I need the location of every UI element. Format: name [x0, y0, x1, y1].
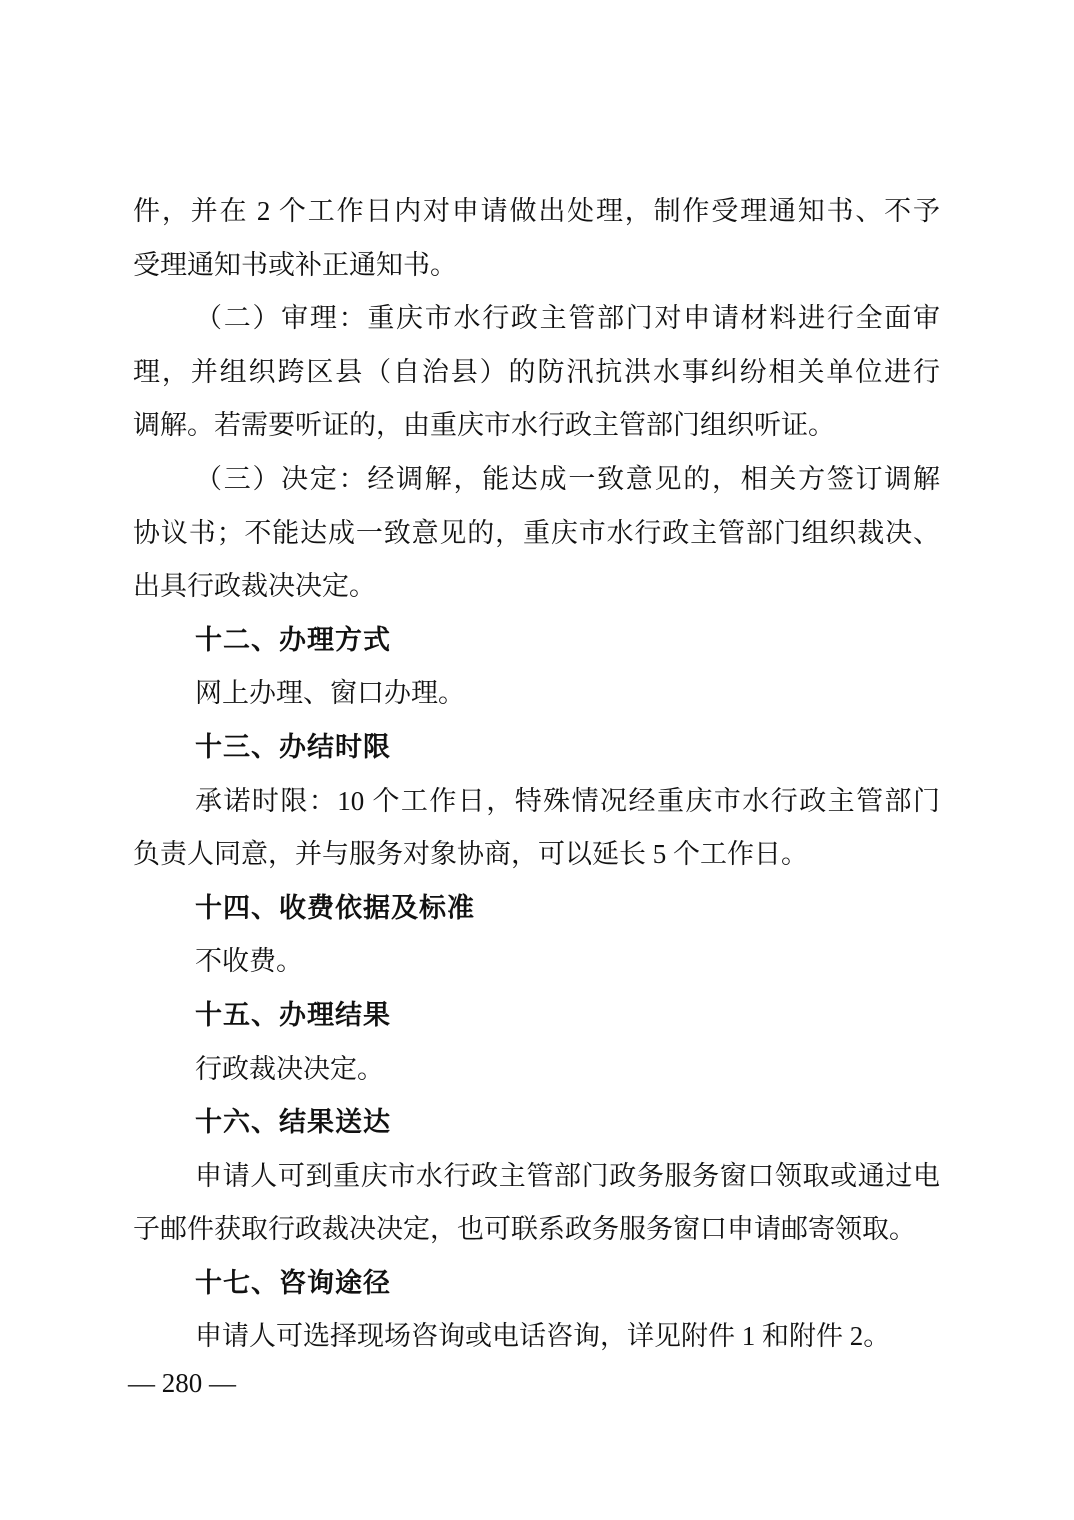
section-heading-14: 十四、收费依据及标准 — [133, 882, 940, 936]
document-text-block: 件，并在 2 个工作日内对申请做出处理，制作受理通知书、不予 受理通知书或补正通… — [133, 185, 940, 1364]
body-line: 出具行政裁决决定。 — [133, 560, 940, 614]
page-number: — 280 — — [128, 1357, 236, 1411]
body-line: 协议书；不能达成一致意见的，重庆市水行政主管部门组织裁决、 — [133, 507, 940, 561]
body-line: 受理通知书或补正通知书。 — [133, 239, 940, 293]
body-line: 承诺时限：10 个工作日，特殊情况经重庆市水行政主管部门 — [133, 775, 940, 829]
section-heading-16: 十六、结果送达 — [133, 1096, 940, 1150]
body-line: 申请人可到重庆市水行政主管部门政务服务窗口领取或通过电 — [133, 1150, 940, 1204]
section-heading-12: 十二、办理方式 — [133, 614, 940, 668]
body-line: 负责人同意，并与服务对象协商，可以延长 5 个工作日。 — [133, 828, 940, 882]
section-heading-13: 十三、办结时限 — [133, 721, 940, 775]
body-line: 子邮件获取行政裁决决定，也可联系政务服务窗口申请邮寄领取。 — [133, 1203, 940, 1257]
document-page: 件，并在 2 个工作日内对申请做出处理，制作受理通知书、不予 受理通知书或补正通… — [0, 0, 1074, 1520]
body-line: 网上办理、窗口办理。 — [133, 667, 940, 721]
body-line: 不收费。 — [133, 935, 940, 989]
body-line: 行政裁决决定。 — [133, 1043, 940, 1097]
body-line: 调解。若需要听证的，由重庆市水行政主管部门组织听证。 — [133, 399, 940, 453]
body-line: （三）决定：经调解，能达成一致意见的，相关方签订调解 — [133, 453, 940, 507]
body-line: （二）审理：重庆市水行政主管部门对申请材料进行全面审 — [133, 292, 940, 346]
section-heading-17: 十七、咨询途径 — [133, 1257, 940, 1311]
body-line: 理，并组织跨区县（自治县）的防汛抗洪水事纠纷相关单位进行 — [133, 346, 940, 400]
body-line: 申请人可选择现场咨询或电话咨询，详见附件 1 和附件 2。 — [133, 1310, 940, 1364]
section-heading-15: 十五、办理结果 — [133, 989, 940, 1043]
body-line: 件，并在 2 个工作日内对申请做出处理，制作受理通知书、不予 — [133, 185, 940, 239]
